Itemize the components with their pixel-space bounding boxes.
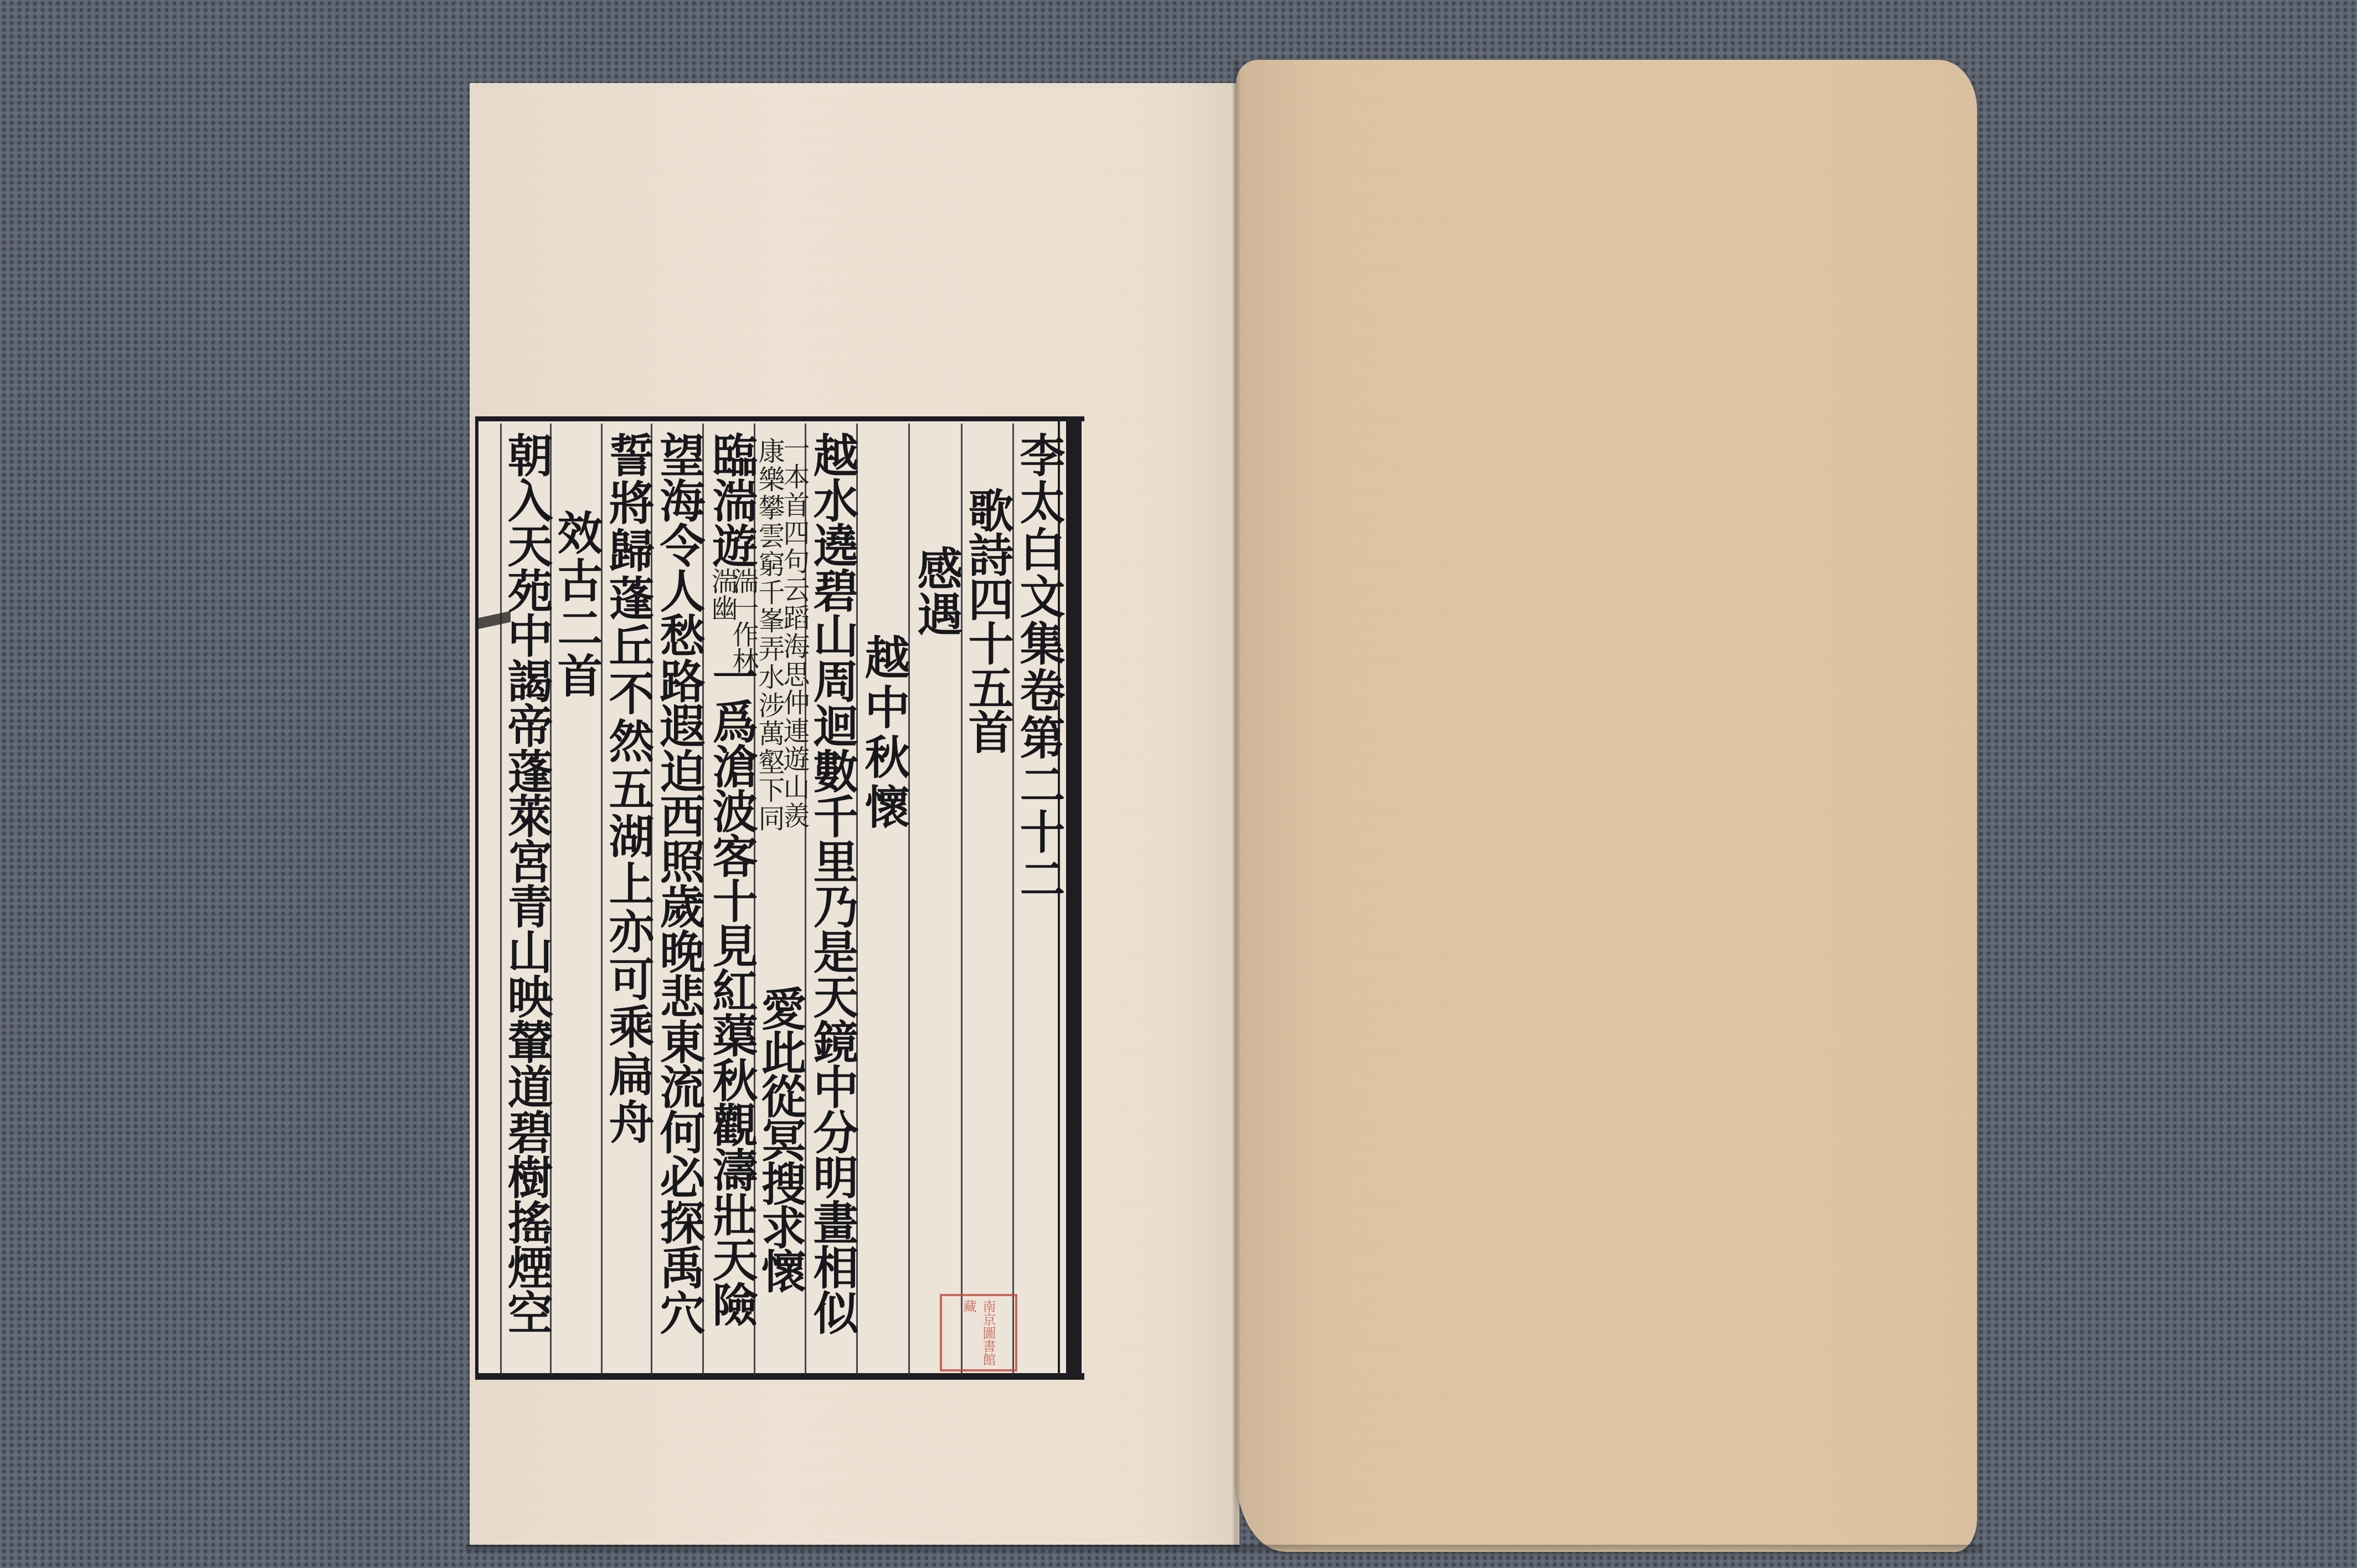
annotation: 康樂攀雲窮千峯弄水涉萬壑下同: [756, 437, 783, 833]
page-shadow: [465, 1545, 1983, 1556]
poem-line: 望海令人愁路遐迫西照歲晚悲東流何必探禹穴: [656, 432, 702, 1334]
poem-line: 一爲滄波客十見紅蕖秋觀濤壯天險: [709, 653, 754, 1326]
frame-border-right: [1066, 416, 1082, 1380]
poem-line: 朝入天苑中謁帝蓬萊宮青山映輦道碧樹搖煙空: [504, 432, 549, 1334]
poem-line: 愛此從冥搜求懷: [758, 986, 803, 1292]
collector-seal: 南京圖書館藏: [940, 1294, 1017, 1371]
poem-line: 越水遶碧山周迴數千里乃是天鏡中分明畫相似: [810, 432, 855, 1334]
annotation: 湍幽: [709, 568, 735, 621]
poem-title: 越中秋懷: [861, 634, 907, 833]
book-fold: [1233, 60, 1241, 1552]
volume-title: 李太白文集卷第二十二: [1016, 432, 1062, 902]
poem-group-title: 效古二首: [554, 509, 599, 700]
poem-line: 誓將歸蓬丘不然五湖上亦可乘扁舟: [605, 432, 651, 1146]
poem-line: 臨湍遊: [709, 432, 754, 568]
annotation: 一本首四句云蹈海思仲連遊山羨: [781, 435, 807, 830]
section-heading: 歌詩四十五首: [965, 487, 1010, 753]
right-page-blank: [1236, 60, 1977, 1552]
poem-group-title: 感遇: [914, 545, 959, 636]
